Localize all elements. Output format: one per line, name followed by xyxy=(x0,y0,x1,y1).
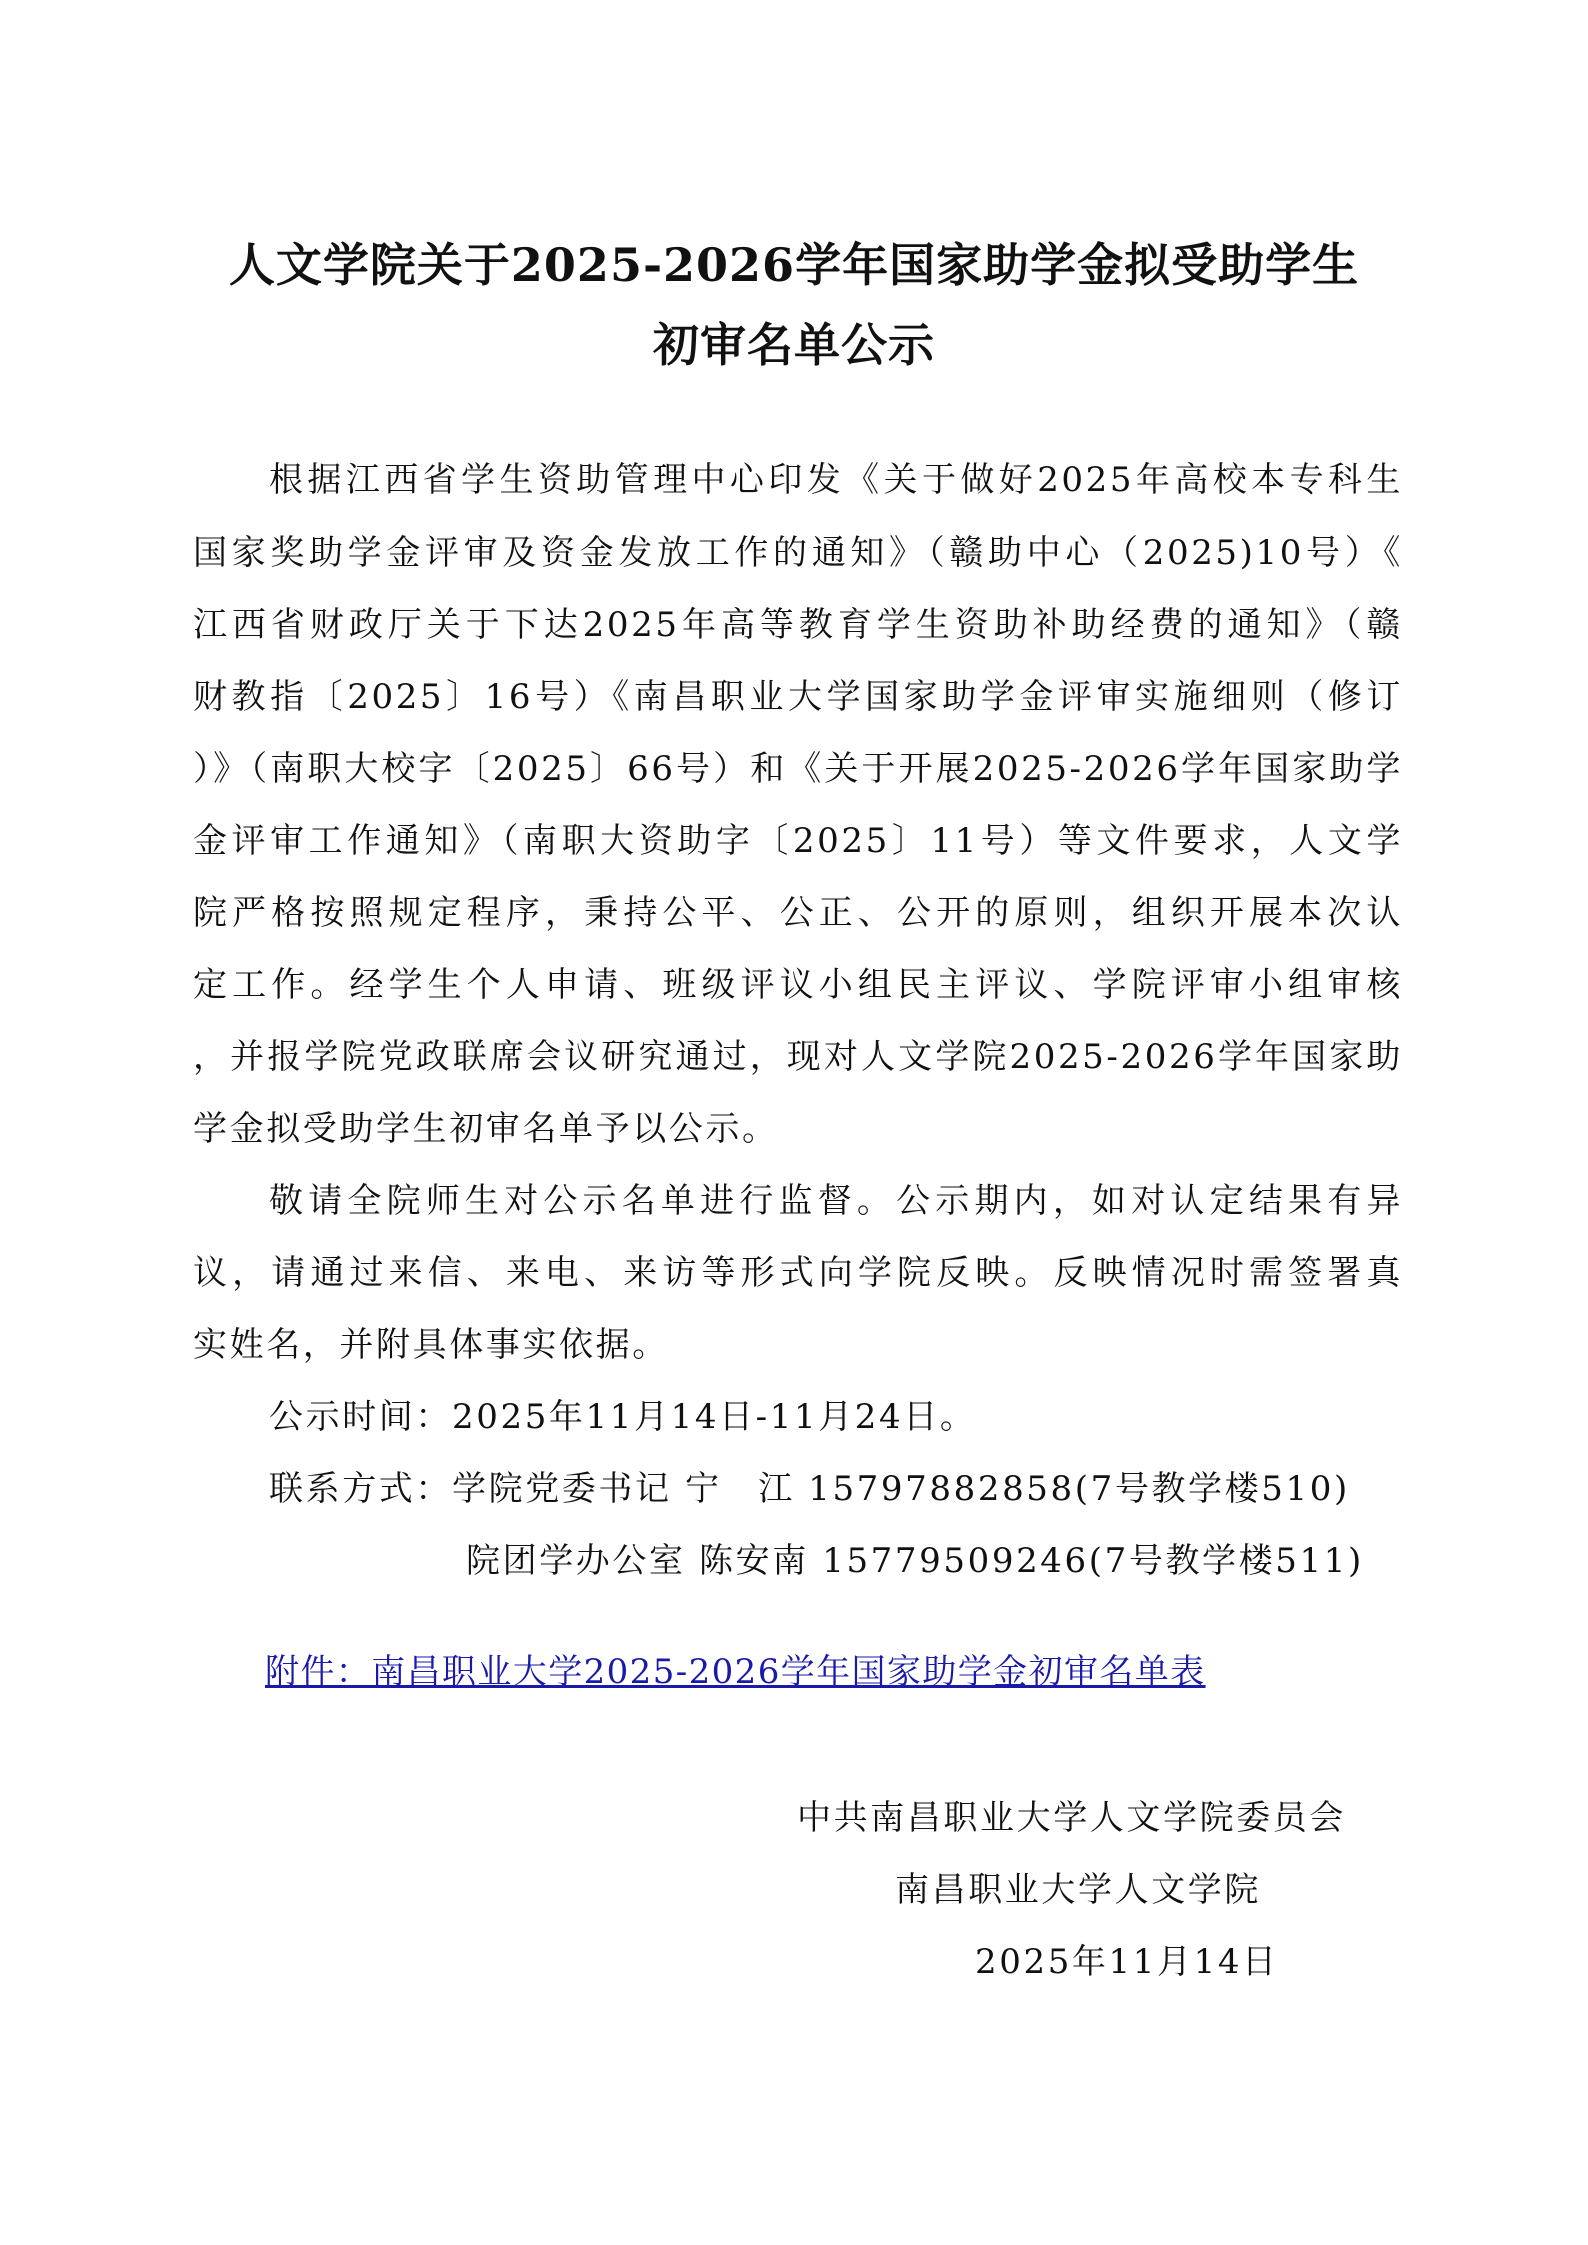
document-title-line2: 初审名单公示 xyxy=(0,315,1588,375)
paragraph-2-line: 议，请通过来信、来电、来访等形式向学院反映。反映情况时需签署真 xyxy=(193,1251,1403,1295)
paragraph-1-line: ，并报学院党政联席会议研究通过，现对人文学院2025-2026学年国家助 xyxy=(193,1035,1403,1079)
document-title-line1: 人文学院关于2025-2026学年国家助学金拟受助学生 xyxy=(0,235,1588,295)
contact-party-secretary: 学院党委书记 宁 江 15797882858(7号教学楼510) xyxy=(452,1469,1350,1509)
contact-line-1: 联系方式：学院党委书记 宁 江 15797882858(7号教学楼510) xyxy=(269,1467,1403,1511)
publicity-period: 公示时间：2025年11月14日-11月24日。 xyxy=(269,1395,1403,1439)
signature-college: 南昌职业大学人文学院 xyxy=(895,1868,1261,1912)
paragraph-1-line: 学金拟受助学生初审名单予以公示。 xyxy=(193,1107,1403,1151)
paragraph-1-line: 金评审工作通知》（南职大资助字〔2025〕11号）等文件要求，人文学 xyxy=(193,819,1403,863)
paragraph-1-line: 江西省财政厅关于下达2025年高等教育学生资助补助经费的通知》（赣 xyxy=(193,603,1403,647)
signature-date: 2025年11月14日 xyxy=(975,1940,1279,1984)
paragraph-2-line: 实姓名，并附具体事实依据。 xyxy=(193,1323,1403,1367)
paragraph-1-line: 国家奖助学金评审及资金发放工作的通知》（赣助中心（2025)10号）《 xyxy=(193,531,1403,575)
paragraph-1-line: 定工作。经学生个人申请、班级评议小组民主评议、学院评审小组审核 xyxy=(193,963,1403,1007)
paragraph-1-line: 财教指〔2025〕16号）《南昌职业大学国家助学金评审实施细则（修订 xyxy=(193,675,1403,719)
contact-office: 院团学办公室 陈安南 15779509246(7号教学楼511) xyxy=(466,1539,1588,1583)
contact-label: 联系方式： xyxy=(269,1469,452,1509)
paragraph-2-line: 敬请全院师生对公示名单进行监督。公示期内，如对认定结果有异 xyxy=(269,1179,1403,1223)
paragraph-1-line: ）》（南职大校字〔2025〕66号）和《关于开展2025-2026学年国家助学 xyxy=(193,747,1403,791)
attachment-link[interactable]: 附件：南昌职业大学2025-2026学年国家助学金初审名单表 xyxy=(265,1650,1206,1694)
paragraph-1-line: 根据江西省学生资助管理中心印发《关于做好2025年高校本专科生 xyxy=(269,458,1403,502)
paragraph-1-line: 院严格按照规定程序，秉持公平、公正、公开的原则，组织开展本次认 xyxy=(193,891,1403,935)
signature-party-committee: 中共南昌职业大学人文学院委员会 xyxy=(797,1796,1346,1840)
